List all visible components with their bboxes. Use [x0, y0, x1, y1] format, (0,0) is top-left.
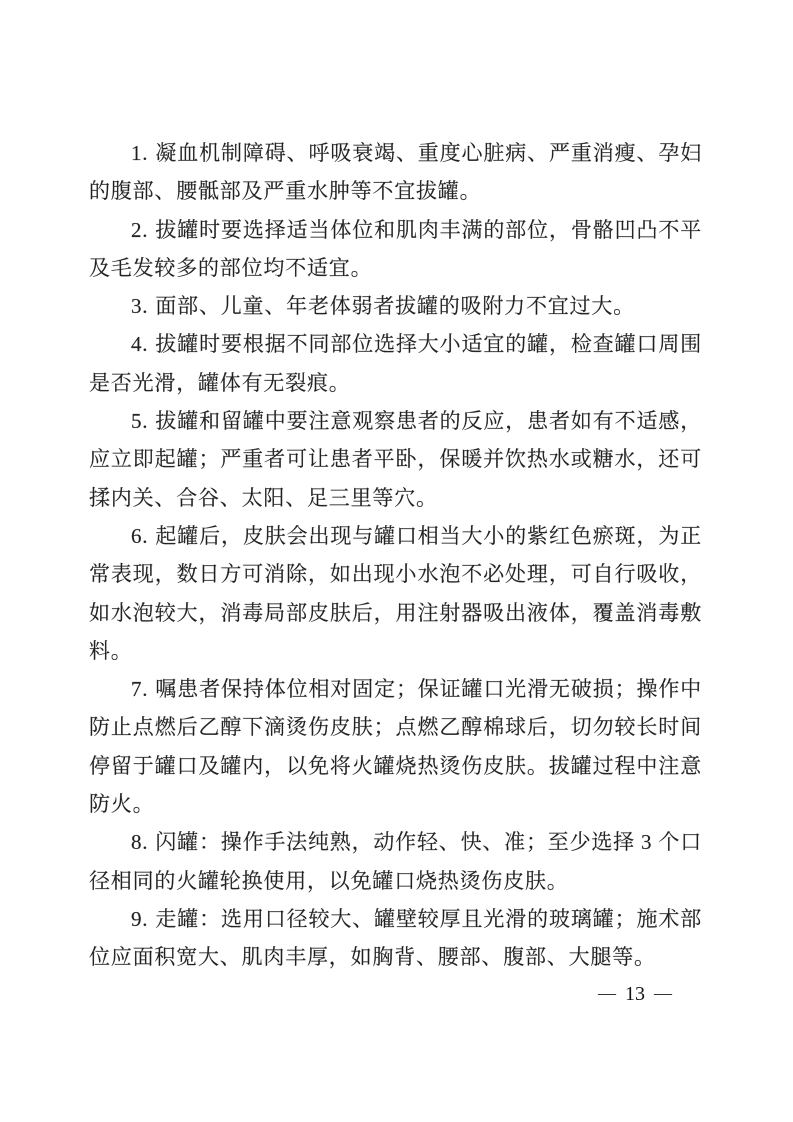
item-text: 凝血机制障碍、呼吸衰竭、重度心脏病、严重消瘦、孕妇的腹部、腰骶部及严重水肿等不宜… — [89, 141, 702, 203]
page-footer: — 13 — — [598, 982, 672, 1006]
item-number: 5. — [131, 409, 148, 433]
numbered-item-3: 3.面部、儿童、年老体弱者拔罐的吸附力不宜过大。 — [89, 287, 702, 325]
item-number: 2. — [131, 218, 148, 242]
numbered-item-6: 6.起罐后，皮肤会出现与罐口相当大小的紫红色瘀斑，为正常表现，数日方可消除，如出… — [89, 517, 702, 670]
footer-dash-left: — — [598, 981, 616, 1005]
numbered-item-5: 5.拔罐和留罐中要注意观察患者的反应，患者如有不适感，应立即起罐；严重者可让患者… — [89, 402, 702, 517]
item-number: 8. — [131, 830, 148, 854]
item-number: 6. — [131, 524, 148, 548]
item-text: 嘱患者保持体位相对固定；保证罐口光滑无破损；操作中防止点燃后乙醇下滴烫伤皮肤；点… — [89, 677, 702, 816]
item-text: 走罐：选用口径较大、罐壁较厚且光滑的玻璃罐；施术部位应面积宽大、肌肉丰厚，如胸背… — [89, 907, 702, 969]
numbered-item-8: 8.闪罐：操作手法纯熟，动作轻、快、准；至少选择 3 个口径相同的火罐轮换使用，… — [89, 823, 702, 900]
numbered-item-4: 4.拔罐时要根据不同部位选择大小适宜的罐，检查罐口周围是否光滑，罐体有无裂痕。 — [89, 325, 702, 402]
item-number: 7. — [131, 677, 148, 701]
item-number: 9. — [131, 907, 148, 931]
numbered-item-2: 2.拔罐时要选择适当体位和肌肉丰满的部位，骨骼凹凸不平及毛发较多的部位均不适宜。 — [89, 211, 702, 288]
item-number: 1. — [131, 141, 148, 165]
footer-dash-right: — — [654, 981, 672, 1005]
item-text: 拔罐时要选择适当体位和肌肉丰满的部位，骨骼凹凸不平及毛发较多的部位均不适宜。 — [89, 218, 702, 280]
numbered-item-9: 9.走罐：选用口径较大、罐壁较厚且光滑的玻璃罐；施术部位应面积宽大、肌肉丰厚，如… — [89, 900, 702, 977]
item-number: 4. — [131, 332, 148, 356]
item-text: 拔罐时要根据不同部位选择大小适宜的罐，检查罐口周围是否光滑，罐体有无裂痕。 — [89, 332, 702, 394]
page-number: 13 — [625, 982, 645, 1006]
item-text: 拔罐和留罐中要注意观察患者的反应，患者如有不适感，应立即起罐；严重者可让患者平卧… — [89, 409, 702, 510]
item-text: 起罐后，皮肤会出现与罐口相当大小的紫红色瘀斑，为正常表现，数日方可消除，如出现小… — [89, 524, 702, 663]
item-text: 面部、儿童、年老体弱者拔罐的吸附力不宜过大。 — [155, 294, 635, 318]
numbered-item-7: 7.嘱患者保持体位相对固定；保证罐口光滑无破损；操作中防止点燃后乙醇下滴烫伤皮肤… — [89, 670, 702, 823]
document-body: 1.凝血机制障碍、呼吸衰竭、重度心脏病、严重消瘦、孕妇的腹部、腰骶部及严重水肿等… — [89, 134, 702, 977]
item-text: 闪罐：操作手法纯熟，动作轻、快、准；至少选择 3 个口径相同的火罐轮换使用，以免… — [89, 830, 702, 892]
document-page: 1.凝血机制障碍、呼吸衰竭、重度心脏病、严重消瘦、孕妇的腹部、腰骶部及严重水肿等… — [0, 0, 793, 1122]
item-number: 3. — [131, 294, 148, 318]
numbered-item-1: 1.凝血机制障碍、呼吸衰竭、重度心脏病、严重消瘦、孕妇的腹部、腰骶部及严重水肿等… — [89, 134, 702, 211]
